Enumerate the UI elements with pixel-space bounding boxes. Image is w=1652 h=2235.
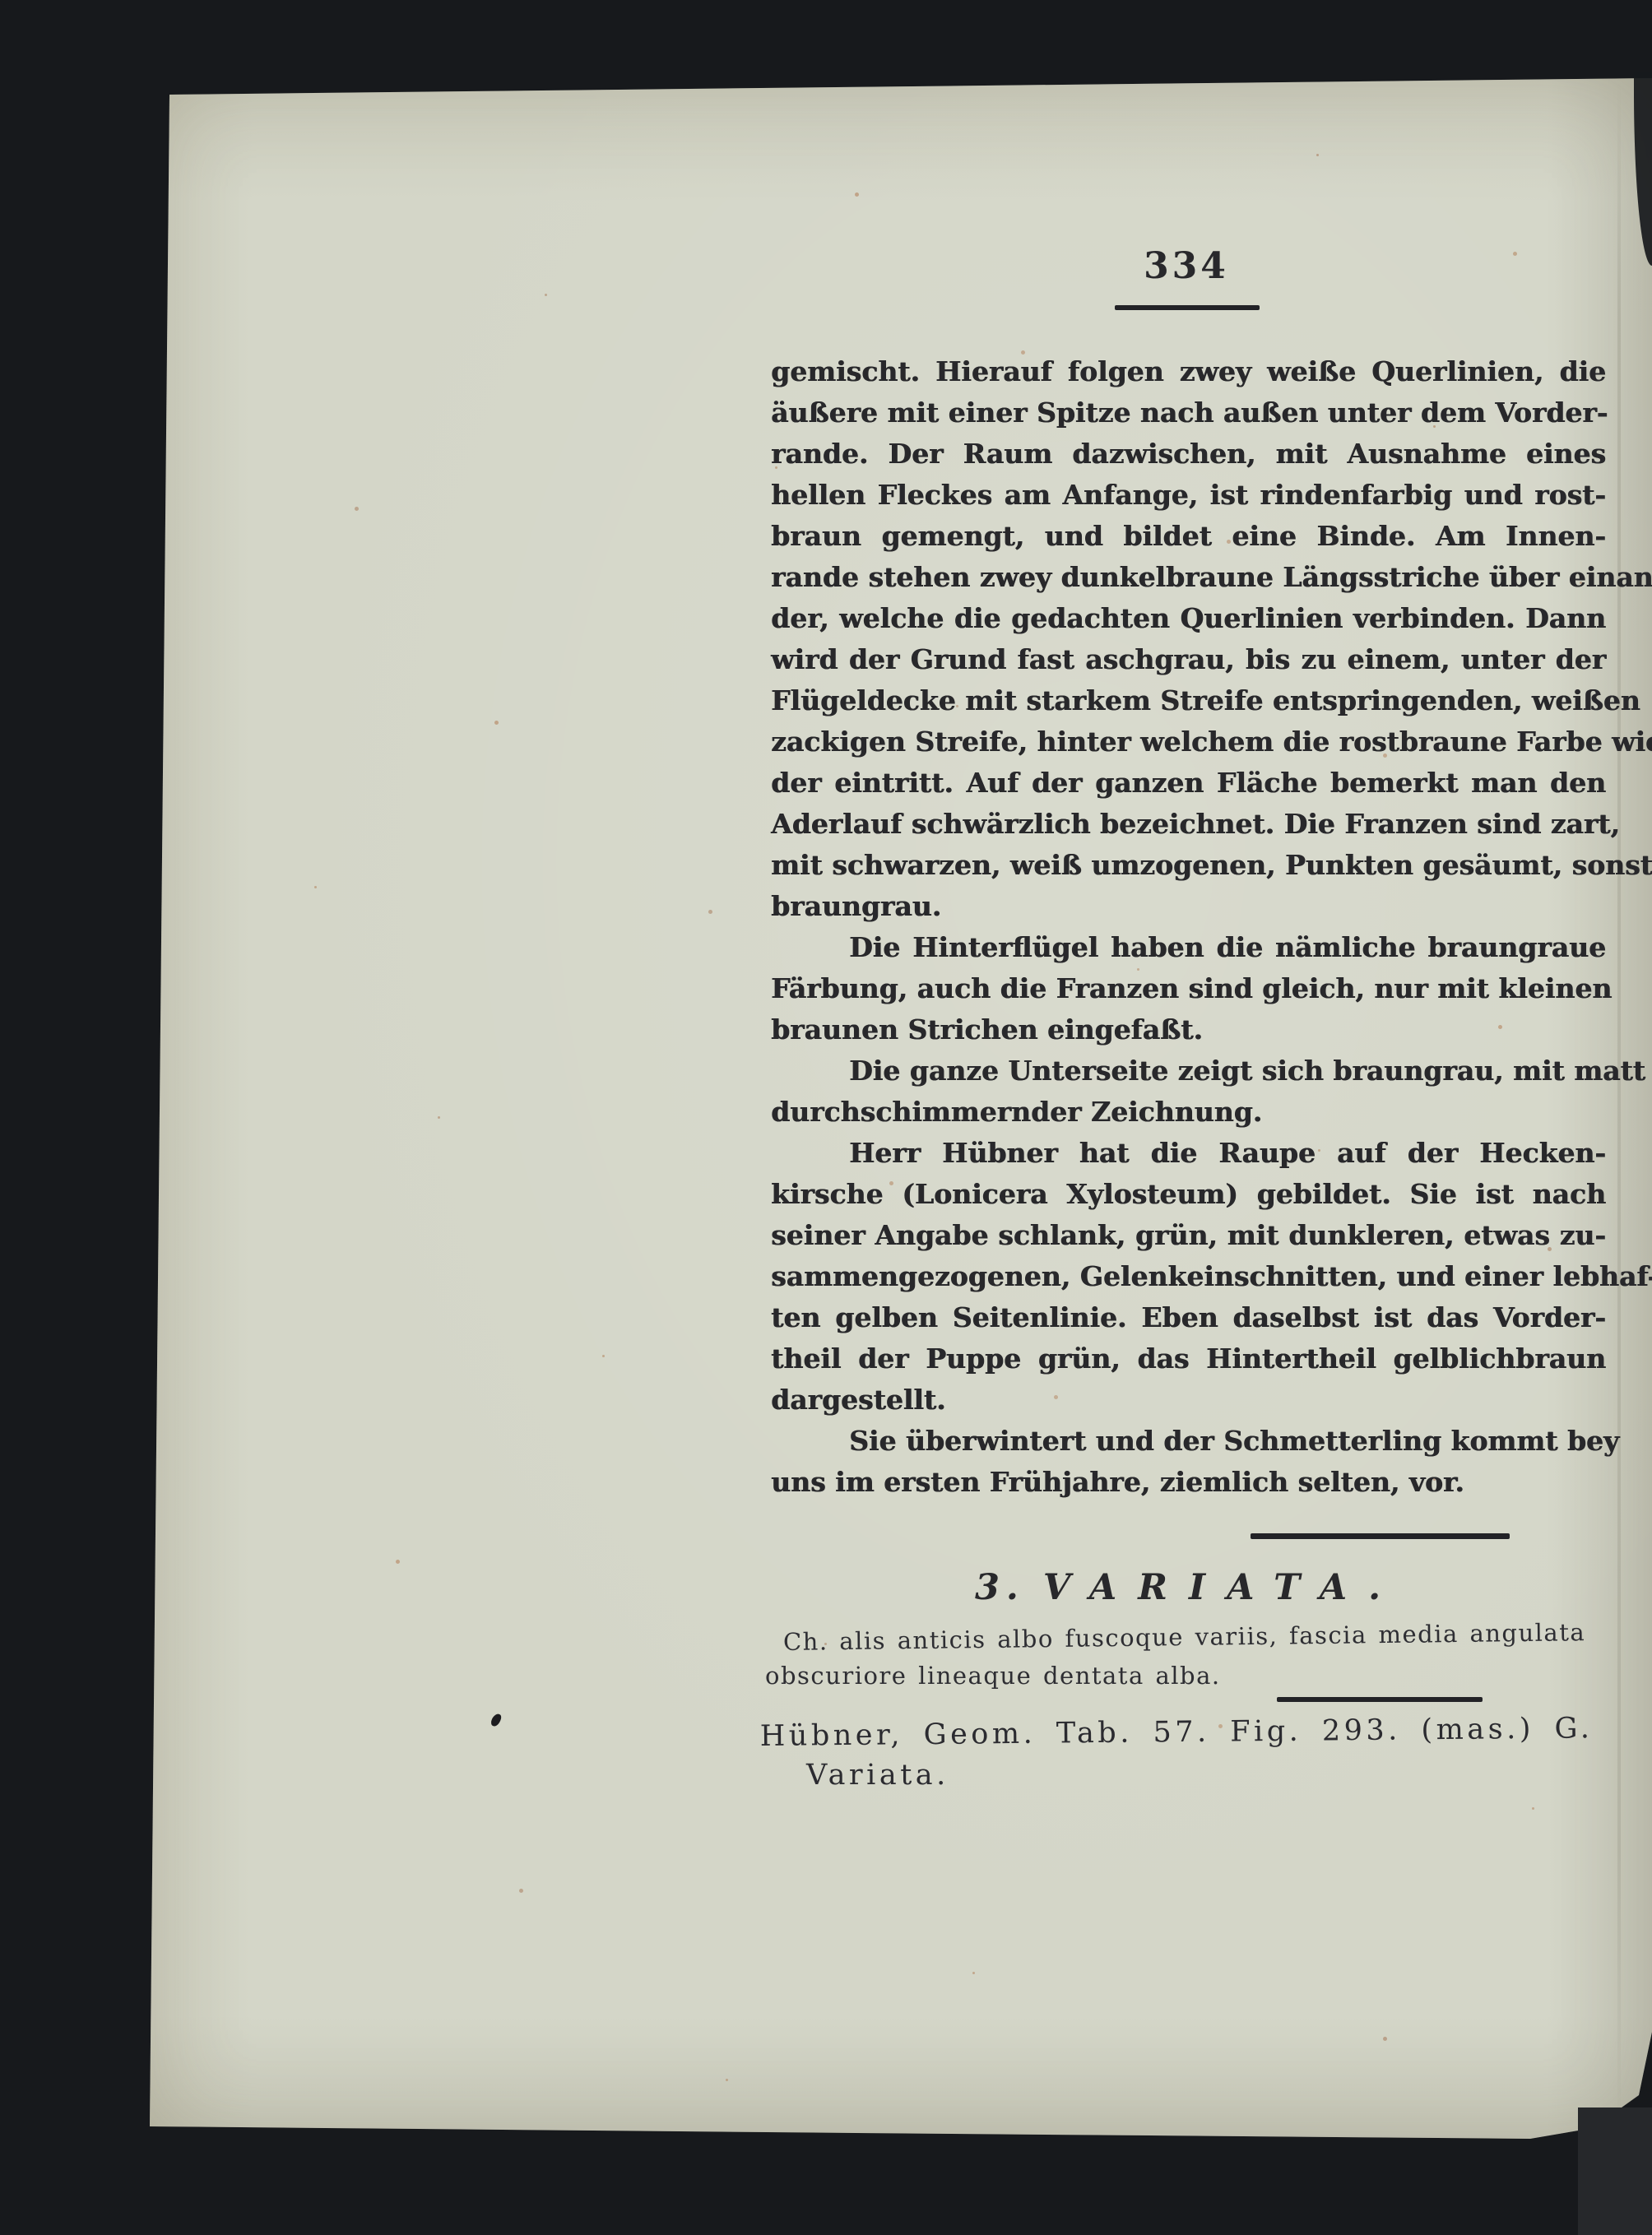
body-line: ten gelben Seitenlinie. Eben daselbst is… xyxy=(771,1297,1606,1338)
body-line: durchschimmernder Zeichnung. xyxy=(771,1092,1606,1133)
book-edge-shadow xyxy=(1578,2107,1652,2235)
ink-spot xyxy=(490,1713,503,1728)
heading-number: 3. xyxy=(975,1567,1025,1608)
body-line: mit schwarzen, weiß umzogenen, Punkten g… xyxy=(771,845,1606,886)
citation-line-2: Variata. xyxy=(806,1759,949,1792)
body-line: der, welche die gedachten Querlinien ver… xyxy=(771,598,1606,639)
citation-line-1: Hübner, Geom. Tab. 57. Fig. 293. (mas.) … xyxy=(760,1712,1594,1753)
body-line: gemischt. Hierauf folgen zwey weiße Quer… xyxy=(771,351,1606,392)
paper-speckles xyxy=(148,78,151,81)
body-line: Sie überwintert und der Schmetterling ko… xyxy=(771,1421,1606,1462)
body-line: braun gemengt, und bildet eine Binde. Am… xyxy=(771,516,1606,557)
body-line: dargestellt. xyxy=(771,1379,1606,1421)
body-line: Die ganze Unterseite zeigt sich braungra… xyxy=(771,1050,1606,1092)
section-heading: 3.VARIATA. xyxy=(771,1567,1606,1608)
body-line: braungrau. xyxy=(771,886,1606,927)
body-line: rande. Der Raum dazwischen, mit Ausnahme… xyxy=(771,434,1606,475)
body-text: gemischt. Hierauf folgen zwey weiße Quer… xyxy=(771,351,1606,1503)
body-line: äußere mit einer Spitze nach außen unter… xyxy=(771,392,1606,434)
page-edge-crease xyxy=(1617,78,1621,2139)
body-line: zackigen Streife, hinter welchem die ros… xyxy=(771,721,1606,763)
body-line: sammengezogenen, Gelenkeinschnitten, und… xyxy=(771,1256,1606,1297)
latin-description-line-2: obscuriore lineaque dentata alba. xyxy=(765,1662,1221,1690)
body-line: Aderlauf schwärzlich bezeichnet. Die Fra… xyxy=(771,804,1606,845)
latin-description-line-1: Ch. alis anticis albo fuscoque variis, f… xyxy=(783,1618,1586,1656)
body-line: uns im ersten Frühjahre, ziemlich selten… xyxy=(771,1462,1606,1503)
body-line: hellen Fleckes am Anfange, ist rindenfar… xyxy=(771,475,1606,516)
body-line: Flügeldecke mit starkem Streife entsprin… xyxy=(771,680,1606,721)
body-line: rande stehen zwey dunkelbraune Längsstri… xyxy=(771,557,1606,598)
page-number: 334 xyxy=(1104,245,1269,287)
body-line: braunen Strichen eingefaßt. xyxy=(771,1009,1606,1050)
bottom-separator-rule xyxy=(1277,1697,1483,1702)
heading-title: VARIATA. xyxy=(1043,1567,1402,1608)
book-page: 334 gemischt. Hierauf folgen zwey weiße … xyxy=(148,78,1652,2139)
body-line: kirsche (Lonicera Xylosteum) gebildet. S… xyxy=(771,1174,1606,1215)
body-line: Herr Hübner hat die Raupe auf der Hecken… xyxy=(771,1133,1606,1174)
body-line: theil der Puppe grün, das Hintertheil ge… xyxy=(771,1338,1606,1379)
body-line: Die Hinterflügel haben die nämliche brau… xyxy=(771,927,1606,968)
body-line: der eintritt. Auf der ganzen Fläche beme… xyxy=(771,763,1606,804)
body-line: Färbung, auch die Franzen sind gleich, n… xyxy=(771,968,1606,1009)
body-line: wird der Grund fast aschgrau, bis zu ein… xyxy=(771,639,1606,680)
scan-background: 334 gemischt. Hierauf folgen zwey weiße … xyxy=(0,0,1652,2235)
page-number-rule xyxy=(1115,305,1260,310)
section-separator-rule xyxy=(1251,1533,1510,1539)
body-line: seiner Angabe schlank, grün, mit dunkler… xyxy=(771,1215,1606,1256)
